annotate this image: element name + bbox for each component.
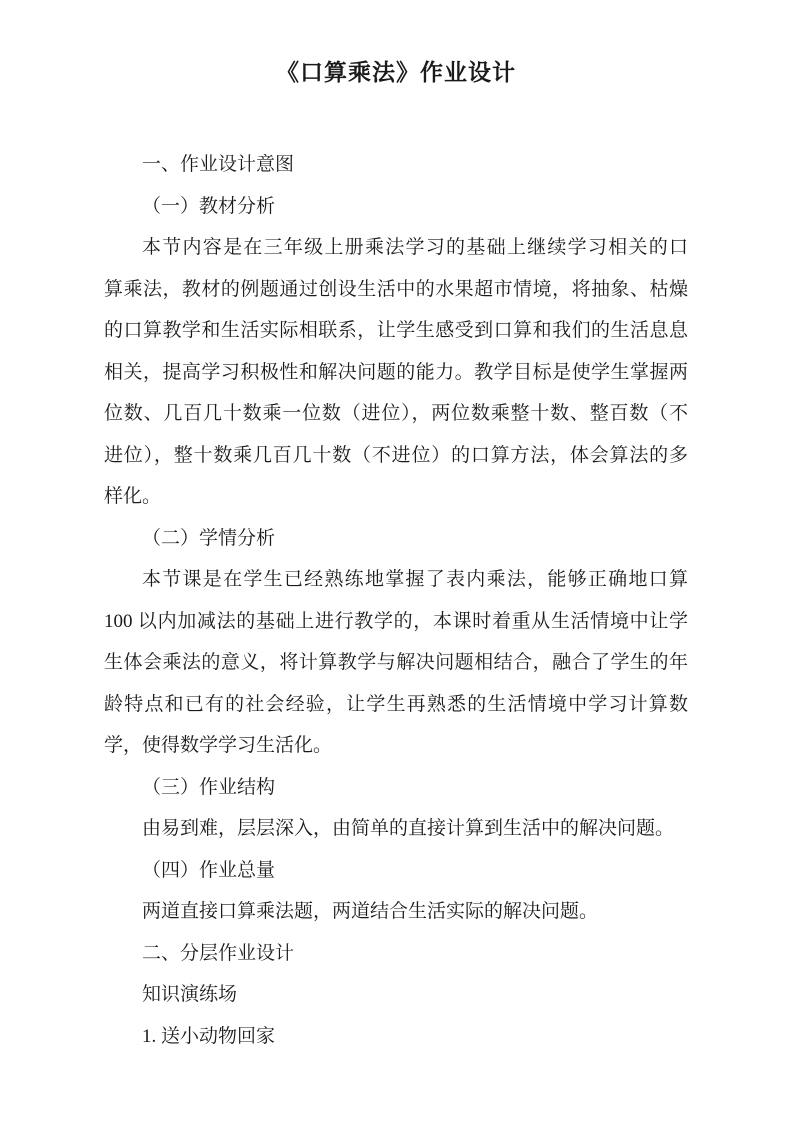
total-paragraph: 两道直接口算乘法题，两道结合生活实际的解决问题。 — [104, 891, 688, 933]
text-line: 两道直接口算乘法题，两道结合生活实际的解决问题。 — [104, 891, 688, 933]
text-line: 100 以内加减法的基础上进行教学的，本课时着重从生活情境中让学 — [104, 601, 688, 643]
structure-paragraph: 由易到难，层层深入，由简单的直接计算到生活中的解决问题。 — [104, 808, 688, 850]
text-line: 算乘法，教材的例题通过创设生活中的水果超市情境，将抽象、枯燥 — [104, 269, 688, 311]
text-line: 的口算教学和生活实际相联系，让学生感受到口算和我们的生活息息 — [104, 310, 688, 352]
text-line: 龄特点和已有的社会经验，让学生再熟悉的生活情境中学习计算数 — [104, 684, 688, 726]
subsection-3-heading: （三）作业结构 — [104, 767, 688, 809]
text-line: 生体会乘法的意义，将计算教学与解决问题相结合，融合了学生的年 — [104, 642, 688, 684]
text-line: 学，使得数学学习生活化。 — [104, 725, 688, 767]
document-title: 《口算乘法》作业设计 — [104, 50, 688, 96]
text-line: 本节内容是在三年级上册乘法学习的基础上继续学习相关的口 — [104, 227, 688, 269]
section-1-heading: 一、作业设计意图 — [104, 144, 688, 186]
item-1-heading: 1. 送小动物回家 — [104, 1016, 688, 1058]
text-line: 相关，提高学习积极性和解决问题的能力。教学目标是使学生掌握两 — [104, 352, 688, 394]
section-2-heading: 二、分层作业设计 — [104, 933, 688, 975]
document-page: 《口算乘法》作业设计 /* title bound below via data… — [0, 0, 793, 1122]
text-line: 样化。 — [104, 476, 688, 518]
practice-field-heading: 知识演练场 — [104, 974, 688, 1016]
text-line: 由易到难，层层深入，由简单的直接计算到生活中的解决问题。 — [104, 808, 688, 850]
material-analysis-paragraph: 本节内容是在三年级上册乘法学习的基础上继续学习相关的口 算乘法，教材的例题通过创… — [104, 227, 688, 518]
document-body: 一、作业设计意图 （一）教材分析 本节内容是在三年级上册乘法学习的基础上继续学习… — [104, 144, 688, 1057]
subsection-2-heading: （二）学情分析 — [104, 518, 688, 560]
text-line: 本节课是在学生已经熟练地掌握了表内乘法，能够正确地口算 — [104, 559, 688, 601]
text-line: 位数、几百几十数乘一位数（进位），两位数乘整十数、整百数（不 — [104, 393, 688, 435]
learning-analysis-paragraph: 本节课是在学生已经熟练地掌握了表内乘法，能够正确地口算 100 以内加减法的基础… — [104, 559, 688, 767]
subsection-1-heading: （一）教材分析 — [104, 186, 688, 228]
subsection-4-heading: （四）作业总量 — [104, 850, 688, 892]
text-line: 进位），整十数乘几百几十数（不进位）的口算方法，体会算法的多 — [104, 435, 688, 477]
